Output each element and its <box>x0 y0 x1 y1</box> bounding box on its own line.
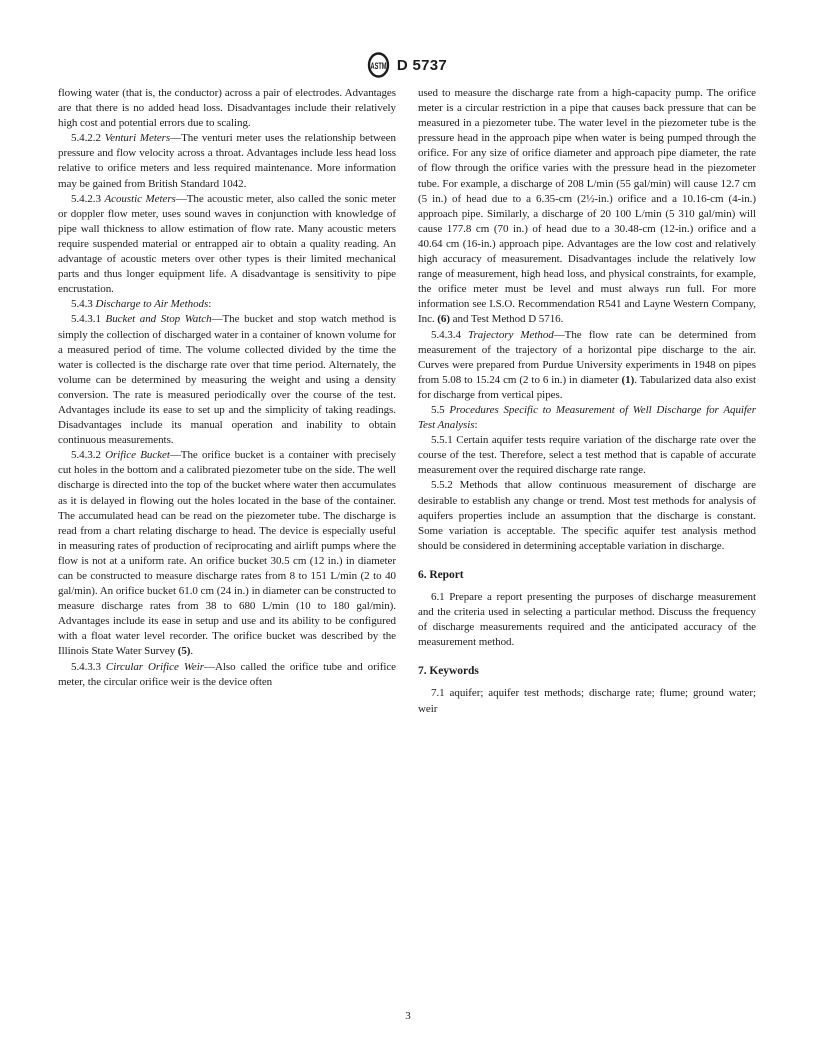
text-run: —The bucket and stop watch method is sim… <box>58 313 396 446</box>
two-column-body: flowing water (that is, the conductor) a… <box>58 86 756 717</box>
paragraph: 5.5.1 Certain aquifer tests require vari… <box>418 433 756 478</box>
svg-text:ASTM: ASTM <box>370 61 386 72</box>
text-run: 5.4.3.3 <box>71 661 106 673</box>
right-column: used to measure the discharge rate from … <box>418 86 756 717</box>
text-run: 5.4.3 <box>71 298 95 310</box>
text-run: : <box>475 419 478 431</box>
text-run: (5) <box>178 645 191 657</box>
paragraph: 5.4.3.4 Trajectory Method—The flow rate … <box>418 328 756 403</box>
paragraph: 5.4.3.2 Orifice Bucket—The orifice bucke… <box>58 448 396 659</box>
text-run: (6) <box>437 313 450 325</box>
paragraph: used to measure the discharge rate from … <box>418 86 756 328</box>
astm-logo-icon: ASTM <box>367 52 390 78</box>
paragraph: 5.4.3.1 Bucket and Stop Watch—The bucket… <box>58 312 396 448</box>
text-run: Discharge to Air Methods <box>95 298 208 310</box>
text-run: and Test Method D 5716. <box>450 313 563 325</box>
paragraph: 5.4.3 Discharge to Air Methods: <box>58 297 396 312</box>
text-run: —The orifice bucket is a container with … <box>58 449 396 657</box>
text-run: —The acoustic meter, also called the son… <box>58 193 396 296</box>
text-run: 7.1 aquifer; aquifer test methods; disch… <box>418 687 756 714</box>
text-run: 6.1 Prepare a report presenting the purp… <box>418 591 756 648</box>
text-run: 5.4.3.4 <box>431 329 468 341</box>
text-run: flowing water (that is, the conductor) a… <box>58 87 396 129</box>
paragraph: 5.4.3.3 Circular Orifice Weir—Also calle… <box>58 660 396 690</box>
section-heading: 7. Keywords <box>418 664 756 679</box>
text-run: Orifice Bucket <box>105 449 170 461</box>
paragraph: 5.4.2.2 Venturi Meters—The venturi meter… <box>58 131 396 191</box>
text-run: 5.4.3.1 <box>71 313 106 325</box>
text-run: Procedures Specific to Measurement of We… <box>418 404 756 431</box>
text-run: Bucket and Stop Watch <box>106 313 212 325</box>
text-run: 5.5.2 Methods that allow continuous meas… <box>418 479 756 551</box>
paragraph: 5.5 Procedures Specific to Measurement o… <box>418 403 756 433</box>
paragraph: 5.5.2 Methods that allow continuous meas… <box>418 478 756 553</box>
text-run: Acoustic Meters <box>104 193 175 205</box>
page-footer: 3 <box>0 1010 816 1022</box>
text-run: Circular Orifice Weir <box>106 661 204 673</box>
text-run: 5.4.2.2 <box>71 132 105 144</box>
text-run: 5.4.3.2 <box>71 449 105 461</box>
text-run: 5.5.1 Certain aquifer tests require vari… <box>418 434 756 476</box>
text-run: 5.4.2.3 <box>71 193 104 205</box>
text-run: Trajectory Method <box>468 329 554 341</box>
document-header: ASTM D 5737 <box>58 50 756 80</box>
paragraph: 7.1 aquifer; aquifer test methods; disch… <box>418 686 756 716</box>
text-run: 7. Keywords <box>418 665 479 677</box>
text-run: 5.5 <box>431 404 449 416</box>
text-run: 6. Report <box>418 569 464 581</box>
text-run: Venturi Meters <box>105 132 170 144</box>
paragraph: 6.1 Prepare a report presenting the purp… <box>418 590 756 650</box>
text-run: used to measure the discharge rate from … <box>418 87 756 325</box>
document-page: ASTM D 5737 flowing water (that is, the … <box>0 0 816 1056</box>
section-heading: 6. Report <box>418 568 756 583</box>
left-column: flowing water (that is, the conductor) a… <box>58 86 396 717</box>
paragraph: flowing water (that is, the conductor) a… <box>58 86 396 131</box>
document-number: D 5737 <box>397 57 447 74</box>
page-number: 3 <box>405 1010 411 1022</box>
text-run: (1) <box>622 374 635 386</box>
text-run: . <box>190 645 193 657</box>
text-run: : <box>208 298 211 310</box>
paragraph: 5.4.2.3 Acoustic Meters—The acoustic met… <box>58 192 396 298</box>
